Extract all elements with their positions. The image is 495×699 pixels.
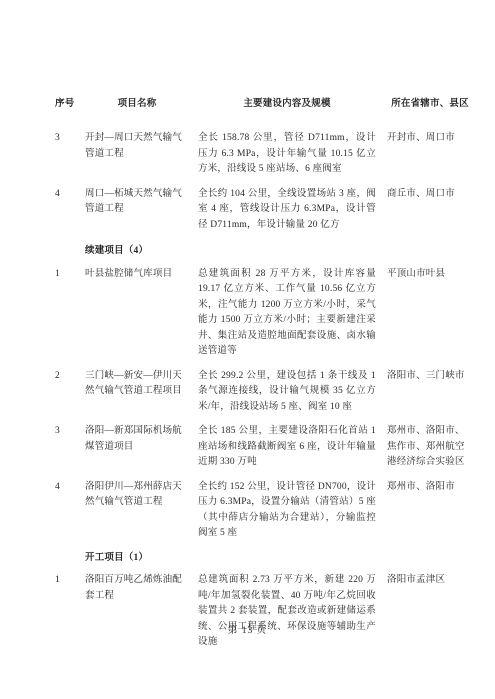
table-header-row: 序号 项目名称 主要建设内容及规模 所在省辖市、县区	[55, 89, 475, 120]
row-number: 2	[55, 369, 85, 385]
row-number: 4	[55, 187, 85, 203]
project-location: 郑州市、洛阳市、焦作市、郑州航空港经济综合实验区	[387, 424, 473, 471]
section-heading-new-start-projects: 开工项目（1）	[55, 551, 475, 567]
row-number: 4	[55, 480, 85, 496]
header-project-name: 项目名称	[85, 97, 189, 113]
project-content: 总建筑面积 28 万平方米，设计库容量 19.17 亿立方米、工作气量 10.5…	[198, 267, 376, 360]
row-number: 1	[55, 573, 85, 589]
project-content: 全长约 152 公里，设计管径 DN700，设计压力 6.3MPa，设置分输站（…	[198, 480, 376, 542]
header-seq-no: 序号	[55, 97, 85, 113]
row-number: 1	[55, 267, 85, 283]
table-row: 3 开封—周口天然气输气管道工程 全长 158.78 公里，管径 D711mm，…	[55, 131, 475, 178]
document-page: 序号 项目名称 主要建设内容及规模 所在省辖市、县区 3 开封—周口天然气输气管…	[0, 0, 495, 699]
project-location: 商丘市、周口市	[387, 187, 473, 203]
project-location: 洛阳市、三门峡市	[387, 369, 473, 385]
table-row: 4 周口—柘城天然气输气管道工程 全长约 104 公里，全线设置场站 3 座，阀…	[55, 187, 475, 234]
header-project-location: 所在省辖市、县区	[387, 97, 473, 113]
table-row: 2 三门峡—新安—伊川天然气输气管道工程项目 全长 299.2 公里，建设包括 …	[55, 369, 475, 416]
row-number: 3	[55, 424, 85, 440]
section-label: 续建项目（4）	[85, 246, 148, 256]
project-content: 全长约 104 公里，全线设置场站 3 座，阀室 4 座，管线设计压力 6.3M…	[198, 187, 376, 234]
project-name: 开封—周口天然气输气管道工程	[85, 131, 189, 162]
page-number-footer: 第 13 页	[0, 624, 495, 640]
table-row: 4 洛阳伊川—郑州薛店天然气输气管道工程 全长约 152 公里，设计管径 DN7…	[55, 480, 475, 542]
project-name: 三门峡—新安—伊川天然气输气管道工程项目	[85, 369, 189, 400]
project-content: 全长 158.78 公里，管径 D711mm，设计压力 6.3 MPa，设计年输…	[198, 131, 376, 178]
project-location: 平顶山市叶县	[387, 267, 473, 283]
project-location: 郑州市、洛阳市	[387, 480, 473, 496]
table-row: 1 叶县盐腔储气库项目 总建筑面积 28 万平方米，设计库容量 19.17 亿立…	[55, 267, 475, 360]
header-project-content: 主要建设内容及规模	[198, 97, 376, 113]
section-label: 开工项目（1）	[85, 553, 148, 563]
project-location: 开封市、周口市	[387, 131, 473, 147]
row-number: 3	[55, 131, 85, 147]
table-row: 3 洛阳—新郑国际机场航煤管道项目 全长 185 公里，主要建设洛阳石化首站 1…	[55, 424, 475, 471]
project-name: 洛阳伊川—郑州薛店天然气输气管道工程	[85, 480, 189, 511]
project-name: 洛阳—新郑国际机场航煤管道项目	[85, 424, 189, 455]
project-name: 叶县盐腔储气库项目	[85, 267, 189, 283]
section-heading-continued-projects: 续建项目（4）	[55, 244, 475, 260]
project-content: 全长 299.2 公里，建设包括 1 条干线及 1 条气源连接线，设计输气规模 …	[198, 369, 376, 416]
project-name: 洛阳百万吨乙烯炼油配套工程	[85, 573, 189, 604]
project-content: 全长 185 公里，主要建设洛阳石化首站 1 座站场和线路截断阀室 6 座，设计…	[198, 424, 376, 471]
project-name: 周口—柘城天然气输气管道工程	[85, 187, 189, 218]
project-location: 洛阳市孟津区	[387, 573, 473, 589]
